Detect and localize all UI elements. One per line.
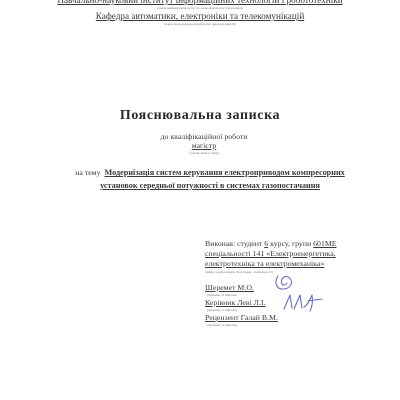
author-line: Виконав: студент 6 курсу, групи 601МЕ <box>205 239 400 249</box>
topic-line-1: Модернізація систем керування електропри… <box>105 168 345 177</box>
student-name-caption: (прізвище та ініціали) <box>207 293 237 297</box>
specialty-line-1: спеціальності 141 «Електроенергетика, <box>205 249 336 259</box>
course-number: 6 <box>264 239 268 248</box>
specialty-caption: (шифр і назва напряму підготовки, спеціа… <box>205 270 273 274</box>
supervisor-name: Керівник Леві Л.І. <box>205 298 265 308</box>
institute-name: Навчально-науковий інститут інформаційни… <box>0 0 400 5</box>
department-caption: (повна назва кафедри (предметної, циклов… <box>0 22 400 26</box>
department-name: Кафедра автоматики, електроніки та телек… <box>0 11 400 21</box>
topic-line-2: установок середньої потужності в система… <box>40 180 380 192</box>
supervisor-signature-icon <box>282 291 328 313</box>
group-number: 601МЕ <box>313 239 336 248</box>
supervisor-name-caption: (прізвище та ініціали) <box>207 308 237 312</box>
specialty-line-2: електротехніка та електромеханіка» <box>205 259 324 269</box>
topic-prefix: на тему <box>75 168 100 177</box>
degree-caption: (ступінь вищої освіти) <box>4 151 400 155</box>
course-suffix: курсу, групи <box>270 239 311 248</box>
reviewer-name: Рецензент Галай В.М. <box>205 313 278 323</box>
degree: магістр <box>4 141 400 151</box>
author-label: Виконав: студент <box>205 239 262 248</box>
reviewer-name-caption: (прізвище та ініціали) <box>207 323 237 327</box>
topic-block: на тему Модернізація систем керування ел… <box>40 162 380 192</box>
student-name: Шеремет М.О. <box>205 283 254 293</box>
institute-caption: (повне найменування інституту, назва фак… <box>0 6 400 10</box>
document-title: Пояснювальна записка <box>0 108 400 124</box>
